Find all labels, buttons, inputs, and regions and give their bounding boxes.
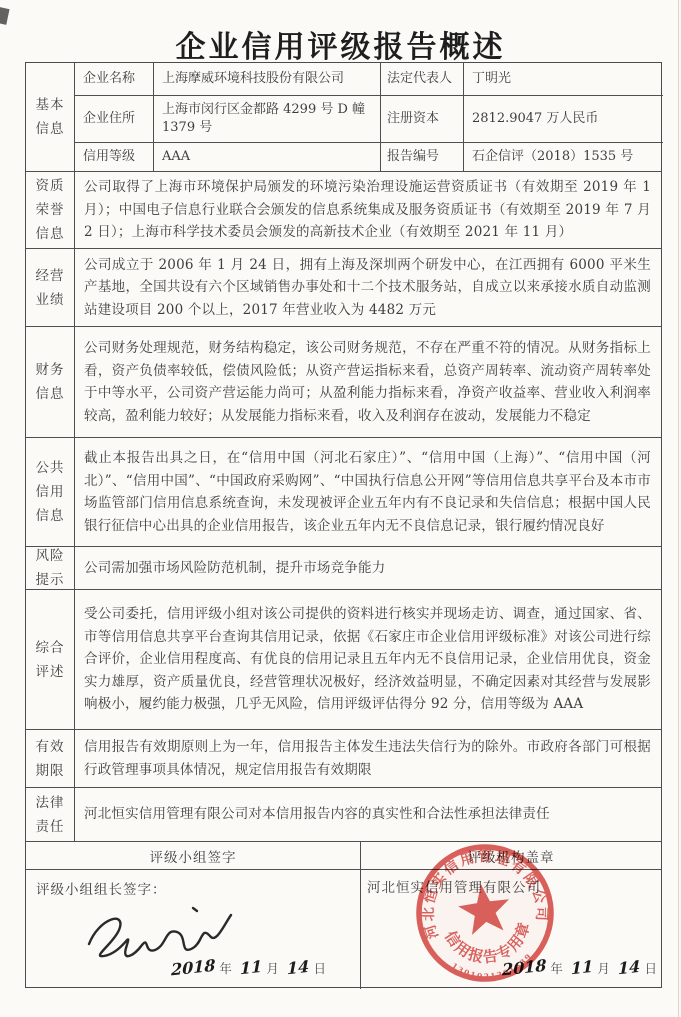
section-label-basic-info: 基本 信息 [26,63,75,171]
seal-date-day-unit: 日 [644,961,657,976]
value-credit-rating: AAA [154,143,381,171]
date-day-value: 14 [287,957,309,978]
date-year-unit: 年 [219,961,232,976]
section-content-qualifications-cell: 公司取得了上海市环境保护局颁发的环境污染治理设施运营资质证书（有效期至 2019… [75,172,661,248]
label-credit-rating: 信用等级 [75,143,154,171]
label-company-name: 企业名称 [75,63,154,96]
section-qualifications: 资质 荣誉 信息 公司取得了上海市环境保护局颁发的环境污染治理设施运营资质证书（… [26,172,661,249]
section-label-risk-warning: 风险 提示 [26,547,75,589]
section-label-validity-period: 有效 期限 [26,730,75,787]
value-company-name: 上海摩威环境科技股份有限公司 [154,63,381,96]
section-content-public-credit-info: 截止本报告出具之日，在“信用中国（河北石家庄）”、“信用中国（上海）”、“信用中… [84,447,651,537]
value-legal-representative: 丁明光 [464,63,663,96]
section-risk-warning: 风险 提示 公司需加强市场风险防范机制，提升市场竞争能力 [26,547,661,590]
value-registered-capital: 2812.9047 万人民币 [464,96,663,143]
section-comprehensive-review: 综合 评述 受公司委托，信用评级小组对该公司提供的资料进行核实并现场走访、调查，… [26,590,661,730]
value-report-number: 石企信评（2018）1535 号 [464,143,663,171]
section-content-qualifications: 公司取得了上海市环境保护局颁发的环境污染治理设施运营资质证书（有效期至 2019… [84,176,651,244]
signature-header-row: 评级小组签字 评级机构盖章 [26,842,661,870]
date-month-unit: 月 [266,961,279,976]
section-content-financial-info-cell: 公司财务处理规范，财务结构稳定，该公司财务规范，不存在严重不符的情况。从财务指标… [75,327,661,437]
section-public-credit-info: 公共 信用 信息 截止本报告出具之日，在“信用中国（河北石家庄）”、“信用中国（… [26,438,661,547]
section-label-comprehensive-review: 综合 评述 [26,590,75,729]
section-content-validity-period-cell: 信用报告有效期原则上为一年，信用报告主体发生违法失信行为的除外。市政府各部门可根… [75,730,661,787]
section-content-business-performance: 公司成立于 2006 年 1 月 24 日，拥有上海及深圳两个研发中心，在江西拥… [84,254,651,322]
section-label-legal-liability: 法律 责任 [26,788,75,841]
section-content-validity-period: 信用报告有效期原则上为一年，信用报告主体发生违法失信行为的除外。市政府各部门可根… [84,736,651,781]
section-label-public-credit-info: 公共 信用 信息 [26,438,75,546]
section-validity-period: 有效 期限 信用报告有效期原则上为一年，信用报告主体发生违法失信行为的除外。市政… [26,730,661,788]
label-report-number: 报告编号 [381,143,464,171]
label-legal-representative: 法定代表人 [381,63,464,96]
section-label-business-performance: 经营 业绩 [26,249,75,326]
date-year-value: 2018 [171,956,215,980]
label-registered-capital: 注册资本 [381,96,464,143]
basic-info-grid: 企业名称 上海摩威环境科技股份有限公司 法定代表人 丁明光 企业住所 上海市闵行… [75,63,663,171]
page-title: 企业信用评级报告概述 [0,22,681,66]
section-content-risk-warning: 公司需加强市场风险防范机制，提升市场竞争能力 [84,557,385,580]
team-leader-signature-cell: 评级小组组长签字： 2018年 11月 14日 [26,870,361,989]
section-content-legal-liability-cell: 河北恒实信用管理有限公司对本信用报告内容的真实性和合法性承担法律责任 [75,788,661,841]
section-content-public-credit-info-cell: 截止本报告出具之日，在“信用中国（河北石家庄）”、“信用中国（上海）”、“信用中… [75,438,661,546]
section-financial-info: 财务 信息 公司财务处理规范，财务结构稳定，该公司财务规范，不存在严重不符的情况… [26,327,661,438]
date-day-unit: 日 [313,961,326,976]
seal-date-month-unit: 月 [597,961,610,976]
seal-date-day-value: 14 [618,957,640,978]
rating-team-signature-header: 评级小组签字 [26,842,361,869]
report-table: 基本 信息 企业名称 上海摩威环境科技股份有限公司 法定代表人 丁明光 企业住所… [25,62,662,988]
team-leader-signature-label: 评级小组组长签字： [36,878,167,898]
section-label-qualifications: 资质 荣誉 信息 [26,172,75,248]
section-label-financial-info: 财务 信息 [26,327,75,437]
scanned-report-page: 企业信用评级报告概述 基本 信息 企业名称 上海摩威环境科技股份有限公司 法定代… [0,0,681,1017]
section-legal-liability: 法律 责任 河北恒实信用管理有限公司对本信用报告内容的真实性和合法性承担法律责任 [26,788,661,842]
section-business-performance: 经营 业绩 公司成立于 2006 年 1 月 24 日，拥有上海及深圳两个研发中… [26,249,661,327]
value-company-address: 上海市闵行区金都路 4299 号 D 幢 1379 号 [154,96,381,143]
red-company-seal: 河北恒实信用管理有限公司 信用报告专用章 1301021201639 [389,817,581,1009]
section-content-comprehensive-review-cell: 受公司委托，信用评级小组对该公司提供的资料进行核实并现场走访、调查，通过国家、省… [75,590,661,729]
section-basic-info: 基本 信息 企业名称 上海摩威环境科技股份有限公司 法定代表人 丁明光 企业住所… [26,63,661,172]
section-content-risk-warning-cell: 公司需加强市场风险防范机制，提升市场竞争能力 [75,547,661,589]
team-signature-date: 2018年 11月 14日 [167,958,326,977]
date-month-value: 11 [240,957,262,978]
label-company-address: 企业住所 [75,96,154,143]
scan-edge-line [678,0,679,1017]
section-content-financial-info: 公司财务处理规范，财务结构稳定，该公司财务规范，不存在严重不符的情况。从财务指标… [84,337,651,427]
section-content-comprehensive-review: 受公司委托，信用评级小组对该公司提供的资料进行核实并现场走访、调查，通过国家、省… [84,603,651,716]
section-content-business-performance-cell: 公司成立于 2006 年 1 月 24 日，拥有上海及深圳两个研发中心，在江西拥… [75,249,661,326]
section-content-legal-liability: 河北恒实信用管理有限公司对本信用报告内容的真实性和合法性承担法律责任 [84,803,550,826]
